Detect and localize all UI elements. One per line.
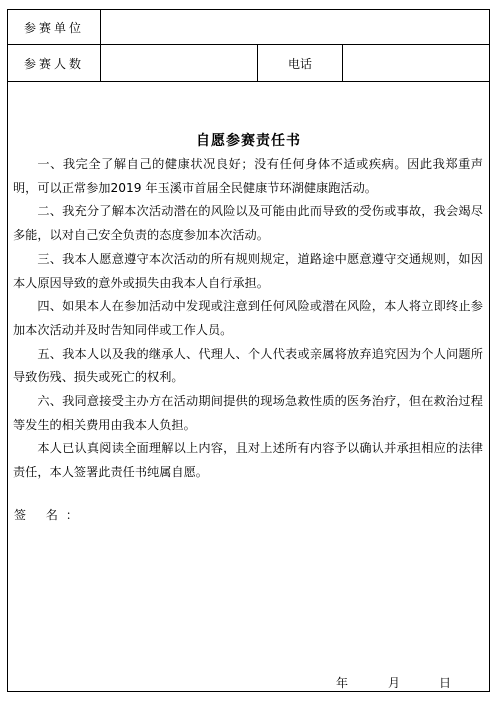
date-month-label: 月 xyxy=(388,674,400,691)
count-label: 参赛人数 xyxy=(24,55,84,72)
paragraph-confirmation: 本人已认真阅读全面理解以上内容，且对上述所有内容予以确认并承担相应的法律责任，本… xyxy=(13,437,483,484)
paragraph-4: 四、如果本人在参加活动中发现或注意到任何风险或潜在风险，本人将立即终止参加本次活… xyxy=(13,295,483,342)
paragraph-1: 一、我完全了解自己的健康状况良好；没有任何身体不适或疾病。因此我郑重声明，可以正… xyxy=(13,153,483,200)
phone-label-cell: 电话 xyxy=(258,45,343,81)
count-label-cell: 参赛人数 xyxy=(8,45,101,81)
paragraph-2: 二、我充分了解本次活动潜在的风险以及可能由此而导致的受伤或事故，我会竭尽多能，以… xyxy=(13,200,483,247)
signature-field[interactable]: 签 名： xyxy=(14,506,86,523)
paragraph-3: 三、我本人愿意遵守本次活动的所有规则规定，道路途中愿意遵守交通规则，如因本人原因… xyxy=(13,248,483,295)
unit-label-cell: 参赛单位 xyxy=(8,10,101,44)
header-row-count: 参赛人数 电话 xyxy=(8,45,489,82)
count-input-cell[interactable] xyxy=(101,45,258,81)
statement-body: 一、我完全了解自己的健康状况良好；没有任何身体不适或疾病。因此我郑重声明，可以正… xyxy=(13,153,483,485)
phone-input-cell[interactable] xyxy=(343,45,489,81)
unit-label: 参赛单位 xyxy=(24,19,84,36)
unit-input-cell[interactable] xyxy=(101,10,489,44)
phone-label: 电话 xyxy=(288,55,312,72)
date-day-label: 日 xyxy=(439,674,451,691)
paragraph-6: 六、我同意接受主办方在活动期间提供的现场急救性质的医务治疗，但在救治过程等发生的… xyxy=(13,390,483,437)
paragraph-5: 五、我本人以及我的继承人、代理人、个人代表或亲属将放弃追究因为个人问题所导致伤残… xyxy=(13,343,483,390)
document-title: 自愿参赛责任书 xyxy=(8,130,489,150)
date-year-label: 年 xyxy=(336,674,348,691)
statement-area: 自愿参赛责任书 一、我完全了解自己的健康状况良好；没有任何身体不适或疾病。因此我… xyxy=(8,82,489,691)
header-row-unit: 参赛单位 xyxy=(8,10,489,45)
liability-form: 参赛单位 参赛人数 电话 自愿参赛责任书 一、我完全了解自己的健康状况良好；没有… xyxy=(7,9,490,692)
signature-label: 签 名： xyxy=(14,508,86,522)
